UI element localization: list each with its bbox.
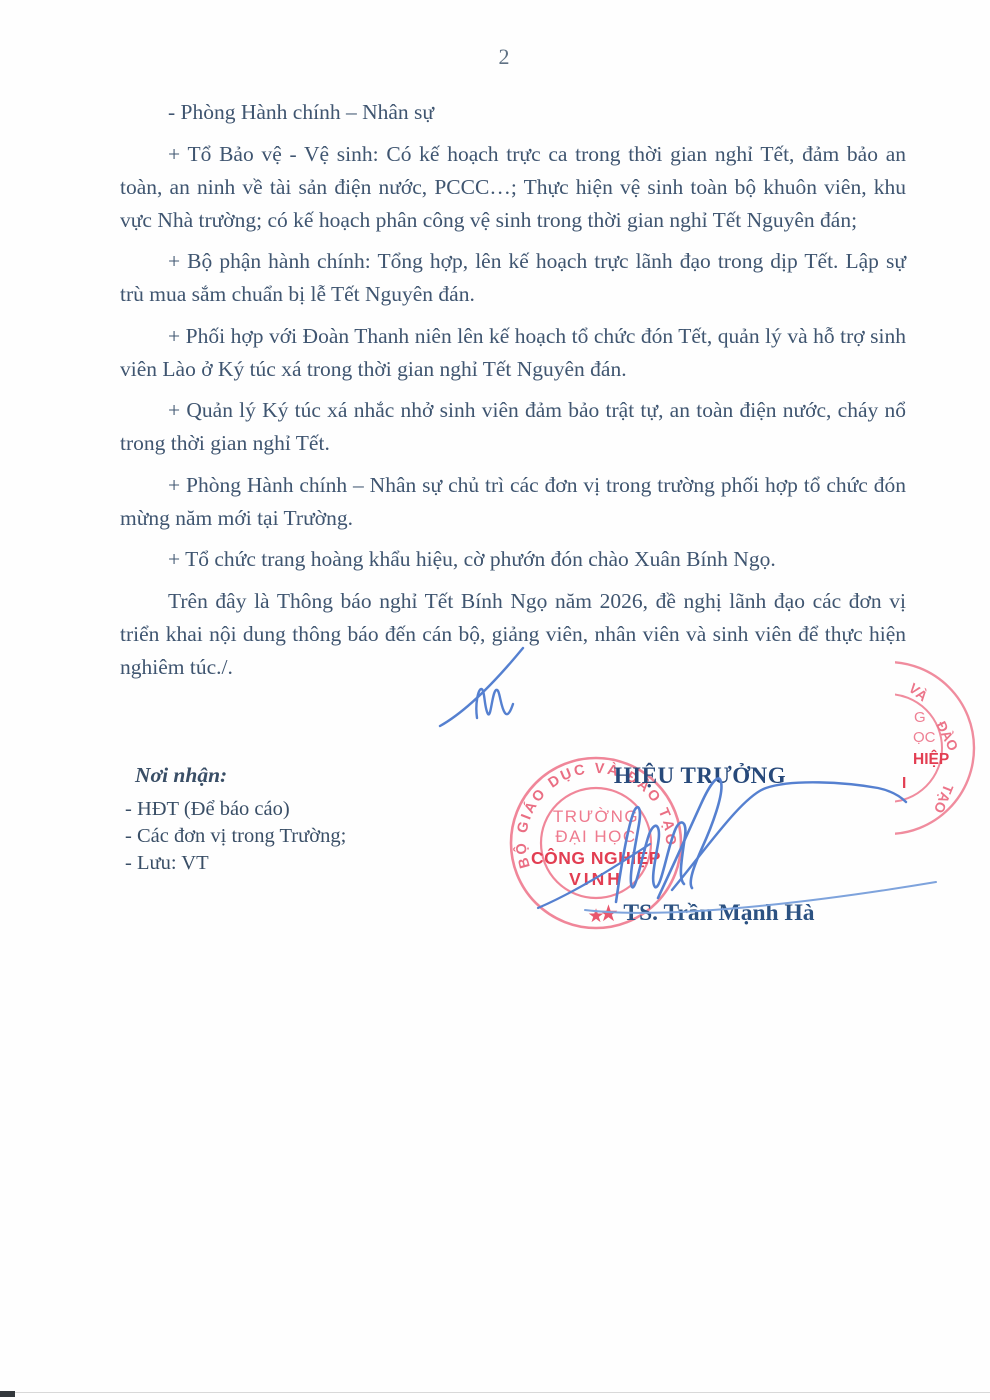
paragraph-newyear: + Phòng Hành chính – Nhân sự chủ trì các… (120, 469, 906, 535)
paragraph-closing: Trên đây là Thông báo nghỉ Tết Bính Ngọ … (120, 585, 906, 684)
scan-artifact-line (0, 1392, 990, 1393)
recipient-item: - HĐT (Để báo cáo) (125, 796, 346, 823)
paragraph-dorm: + Quản lý Ký túc xá nhắc nhở sinh viên đ… (120, 394, 906, 460)
signer-name-line: ★TS. Trần Mạnh Hà (560, 900, 840, 927)
recipient-item: - Các đơn vị trong Trường; (125, 823, 346, 850)
document-page: 2 - Phòng Hành chính – Nhân sự + Tổ Bảo … (0, 0, 990, 1400)
edge-seal-partial: VÀ ĐÀO TẠO G ỌC HIỆP I (880, 645, 990, 857)
edge-seal-ring-word: ĐÀO (933, 718, 961, 753)
recipient-item: - Lưu: VT (125, 850, 346, 877)
edge-seal-frag: ỌC (913, 729, 936, 746)
scan-artifact-mark (0, 1391, 15, 1397)
signer-name: TS. Trần Mạnh Hà (623, 900, 814, 926)
page-number: 2 (0, 44, 990, 70)
edge-seal-frag: I (902, 775, 906, 792)
paragraph-security: + Tổ Bảo vệ - Vệ sinh: Có kế hoạch trực … (120, 138, 906, 237)
edge-seal-ring-word: TẠO (931, 782, 957, 815)
edge-seal-inner-ring (880, 694, 942, 802)
paragraph-youth: + Phối hợp với Đoàn Thanh niên lên kế ho… (120, 320, 906, 386)
recipients-heading: Nơi nhận: (125, 763, 346, 788)
edge-seal-frag: G (914, 709, 926, 726)
edge-seal-ring-word: VÀ (906, 680, 931, 705)
signature-block: HIỆU TRƯỞNG ★TS. Trần Mạnh Hà (560, 763, 840, 927)
signer-title: HIỆU TRƯỞNG (560, 763, 840, 789)
recipients-block: Nơi nhận: - HĐT (Để báo cáo) - Các đơn v… (125, 763, 346, 877)
paragraph-dept-line: - Phòng Hành chính – Nhân sự (120, 96, 906, 129)
seal-star-overlap-icon: ★ (599, 903, 617, 925)
edge-seal-frag: HIỆP (913, 750, 949, 768)
document-body: - Phòng Hành chính – Nhân sự + Tổ Bảo vệ… (120, 96, 906, 692)
paragraph-decoration: + Tổ chức trang hoàng khẩu hiệu, cờ phướ… (120, 543, 906, 576)
paragraph-admin: + Bộ phận hành chính: Tổng hợp, lên kế h… (120, 245, 906, 311)
